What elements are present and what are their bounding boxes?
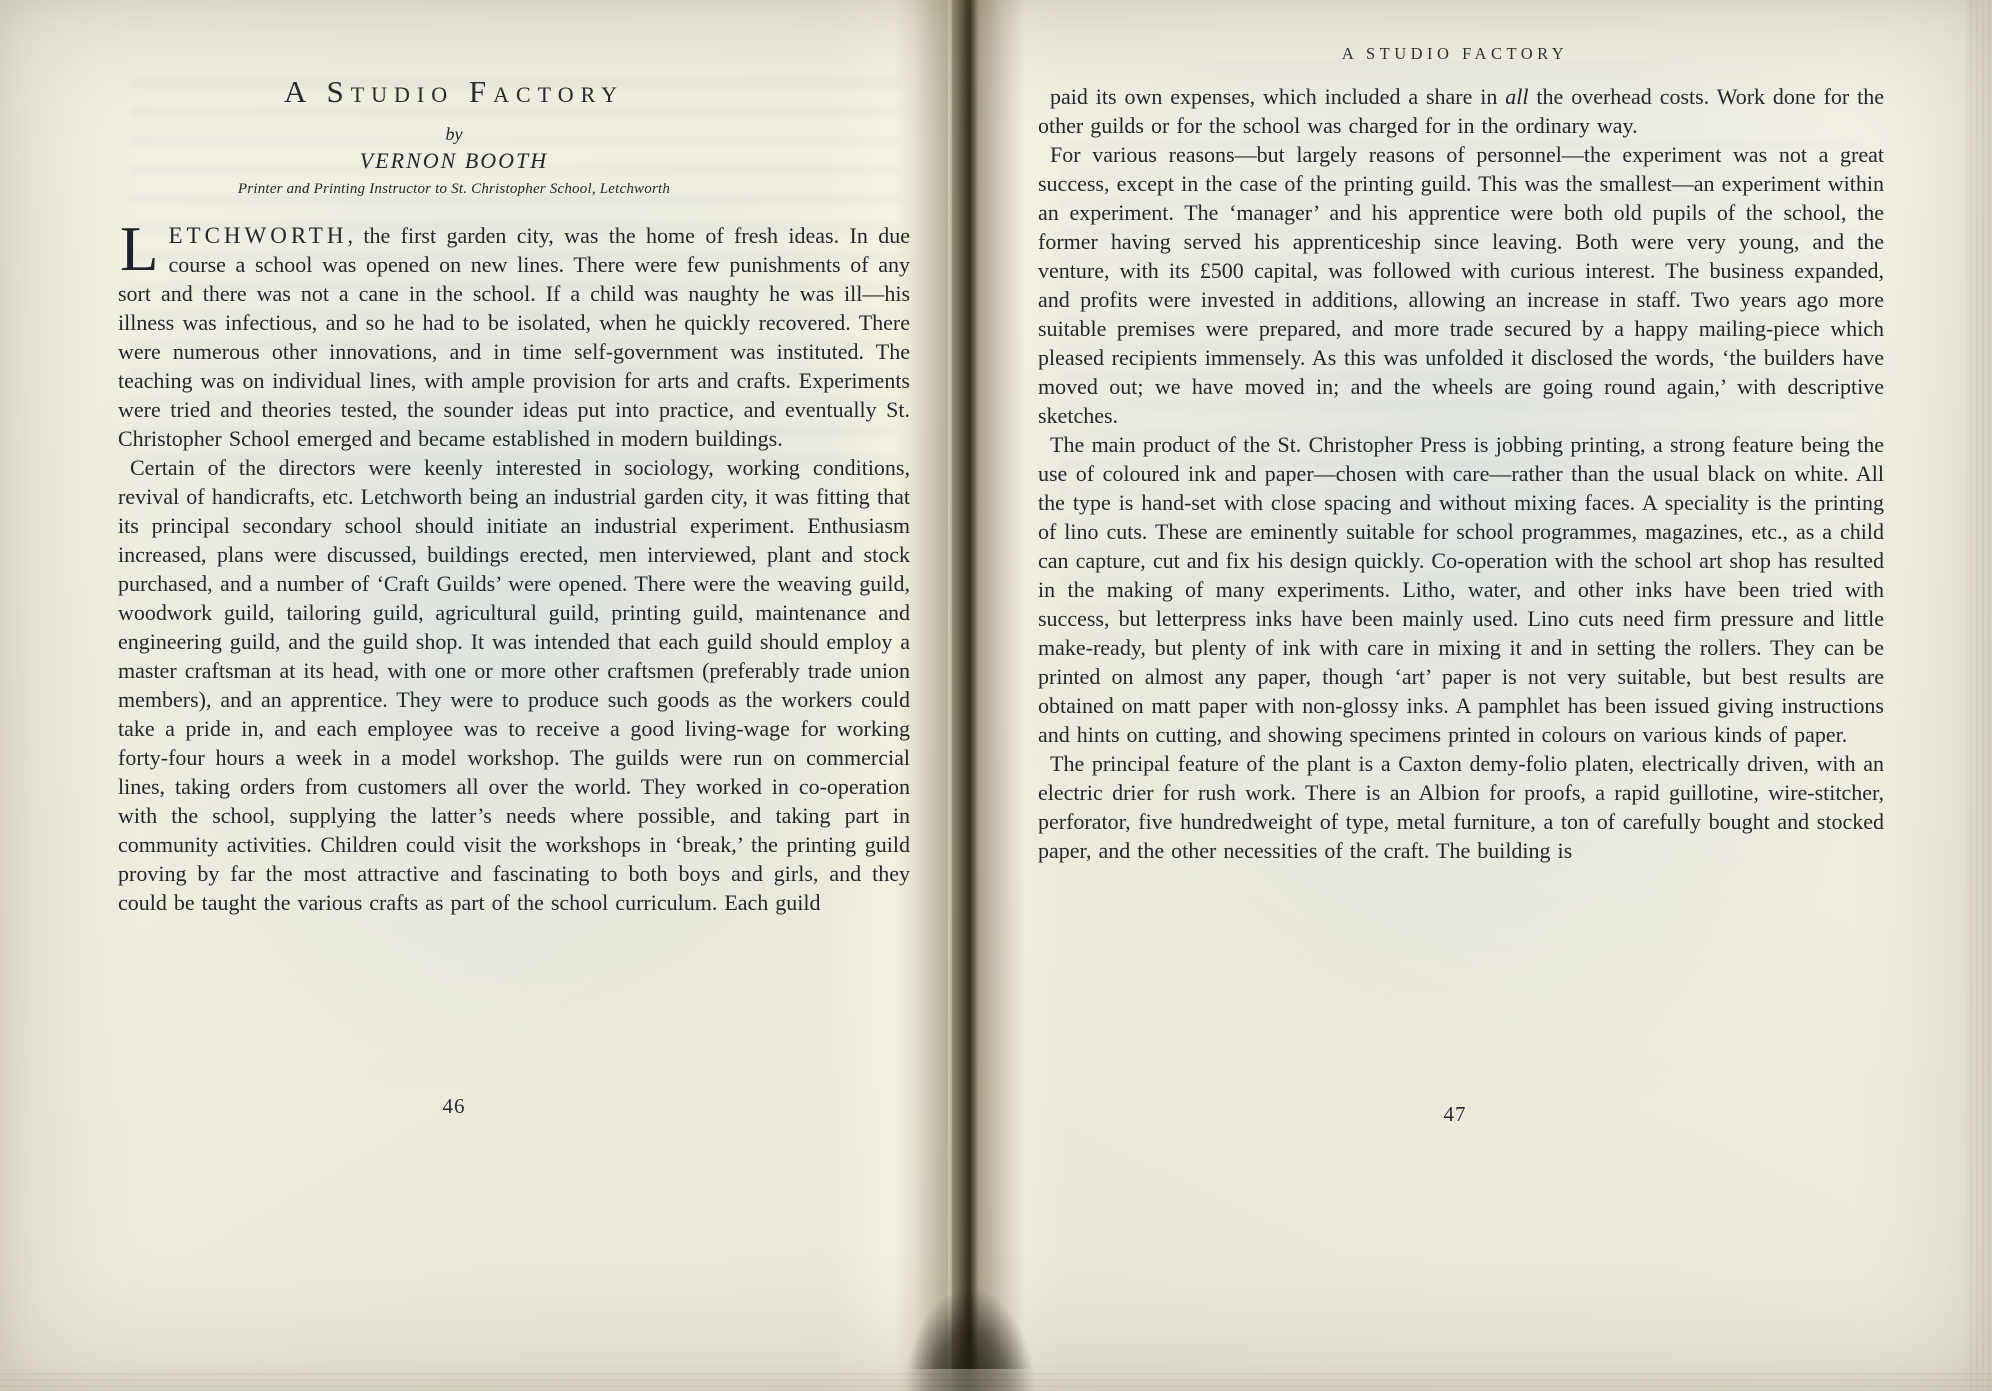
left-page-text-column: LETCHWORTH, the first garden city, was t… bbox=[118, 221, 910, 917]
paragraph: For various reasons—but largely reasons … bbox=[1038, 140, 1884, 430]
dropcap-letter: L bbox=[120, 224, 158, 274]
paragraph: The principal feature of the plant is a … bbox=[1038, 749, 1884, 865]
chapter-title: A Studio Factory bbox=[58, 74, 850, 110]
left-page-paragraphs: Certain of the directors were keenly int… bbox=[118, 453, 910, 917]
author-role: Printer and Printing Instructor to St. C… bbox=[58, 181, 850, 198]
lead-word-caps: ETCHWORTH bbox=[168, 223, 347, 248]
chapter-heading-block: A Studio Factory by VERNON BOOTH Printer… bbox=[58, 74, 850, 198]
author-name: VERNON BOOTH bbox=[58, 148, 850, 174]
right-page-paragraphs: paid its own expenses, which included a … bbox=[1038, 82, 1884, 865]
running-header: A STUDIO FACTORY bbox=[1050, 44, 1860, 64]
paragraph: LETCHWORTH, the first garden city, was t… bbox=[118, 221, 910, 453]
paragraph: Certain of the directors were keenly int… bbox=[118, 453, 910, 917]
book-spread-photo: A Studio Factory by VERNON BOOTH Printer… bbox=[0, 0, 1992, 1391]
paragraph: paid its own expenses, which included a … bbox=[1038, 82, 1884, 140]
by-label: by bbox=[58, 124, 850, 145]
paragraph-text: , the first garden city, was the home of… bbox=[118, 223, 910, 451]
page-number-right: 47 bbox=[1050, 1102, 1860, 1127]
right-page-text-column: paid its own expenses, which included a … bbox=[1038, 82, 1884, 865]
paragraph: The main product of the St. Christopher … bbox=[1038, 430, 1884, 749]
page-number-left: 46 bbox=[58, 1094, 850, 1119]
